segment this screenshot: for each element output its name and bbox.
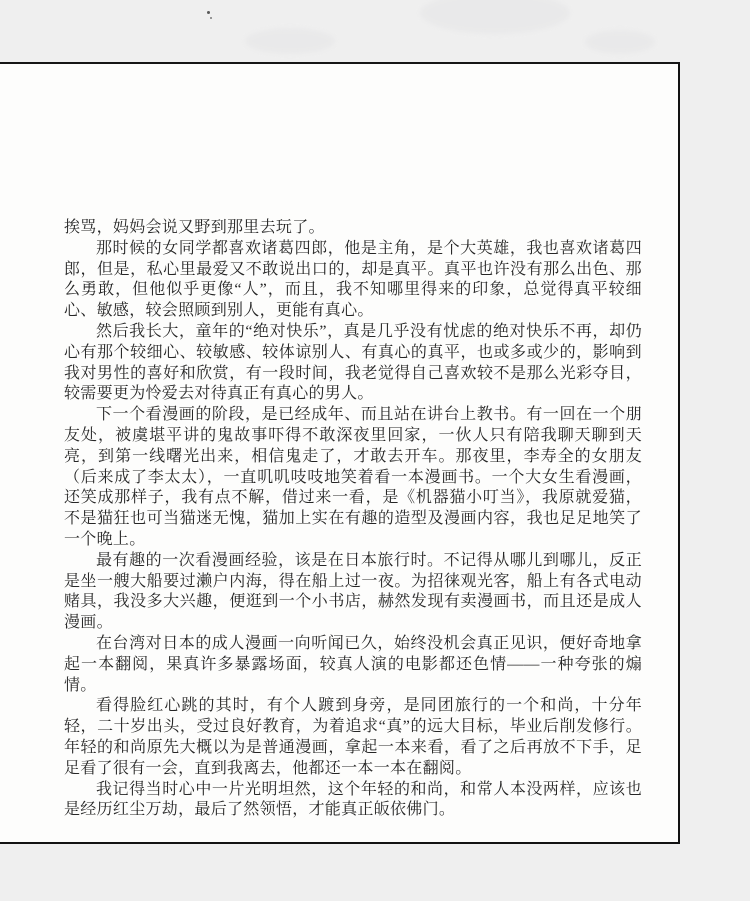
book-page: 挨骂，妈妈会说又野到那里去玩了。那时候的女同学都喜欢诸葛四郎，他是主角，是个大英… (0, 62, 680, 844)
paragraph: 最有趣的一次看漫画经验，该是在日本旅行时。不记得从哪儿到哪儿，反正是坐一艘大船要… (64, 551, 642, 634)
page-body-text: 挨骂，妈妈会说又野到那里去玩了。那时候的女同学都喜欢诸葛四郎，他是主角，是个大英… (64, 218, 642, 821)
ink-speck (207, 11, 210, 14)
paragraph: 在台湾对日本的成人漫画一向听闻已久，始终没机会真正见识，便好奇地拿起一本翻阅，果… (64, 634, 642, 696)
paragraph: 然后我长大，童年的“绝对快乐”，真是几乎没有忧虑的绝对快乐不再，却仍心有那个较细… (64, 322, 642, 405)
scan-smudge (420, 0, 570, 34)
scanned-book-page-background: 挨骂，妈妈会说又野到那里去玩了。那时候的女同学都喜欢诸葛四郎，他是主角，是个大英… (0, 0, 750, 901)
ink-speck (210, 17, 212, 19)
paragraph: 我记得当时心中一片光明坦然，这个年轻的和尚，和常人本没两样，应该也是经历红尘万劫… (64, 780, 642, 822)
paragraph: 挨骂，妈妈会说又野到那里去玩了。 (64, 218, 642, 239)
scan-smudge (245, 28, 335, 54)
paragraph: 看得脸红心跳的其时，有个人踱到身旁，是同团旅行的一个和尚，十分年轻，二十岁出头，… (64, 696, 642, 779)
paragraph: 那时候的女同学都喜欢诸葛四郎，他是主角，是个大英雄，我也喜欢诸葛四郎，但是，私心… (64, 239, 642, 322)
paragraph: 下一个看漫画的阶段，是已经成年、而且站在讲台上教书。有一回在一个朋友处，被虞堪平… (64, 405, 642, 551)
scan-smudge (585, 30, 655, 54)
